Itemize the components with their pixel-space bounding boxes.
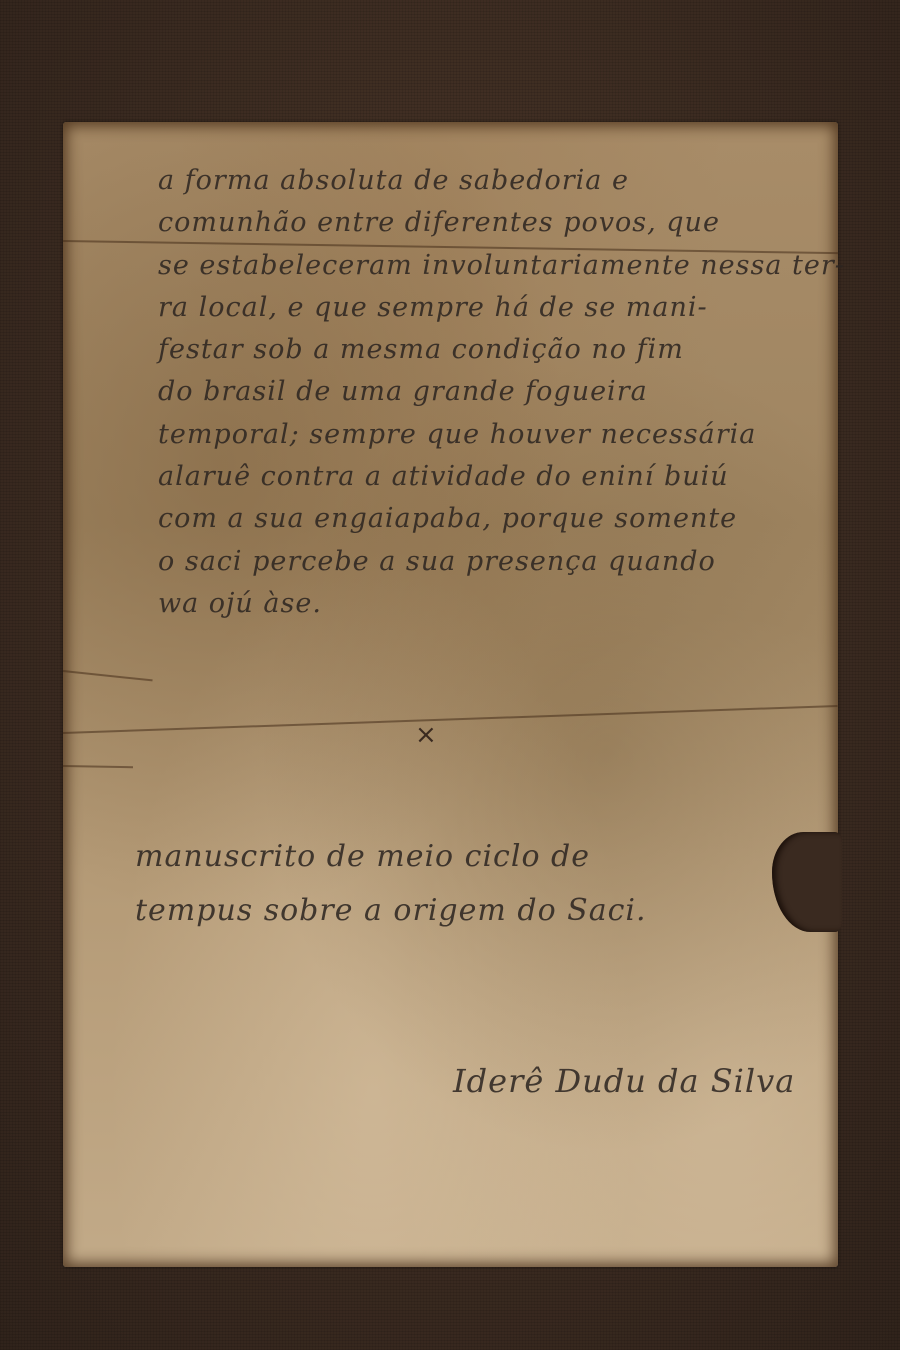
cross-mark-icon: × [415, 720, 437, 750]
text-line: festar sob a mesma condição no fim [158, 329, 818, 371]
text-line: do brasil de uma grande fogueira [158, 371, 818, 413]
text-line: se estabeleceram involuntariamente nessa… [158, 245, 818, 287]
text-line: ra local, e que sempre há de se mani- [158, 287, 818, 329]
text-line: com a sua engaiapaba, porque somente [158, 498, 818, 540]
text-line: comunhão entre diferentes povos, que [158, 202, 818, 244]
paper-crease [63, 705, 838, 734]
paper-crease [63, 670, 153, 681]
text-line: a forma absoluta de sabedoria e [158, 160, 818, 202]
colophon: manuscrito de meio ciclo de tempus sobre… [135, 830, 647, 938]
colophon-line: tempus sobre a origem do Saci. [135, 884, 647, 938]
manuscript-body: a forma absoluta de sabedoria e comunhão… [158, 160, 818, 625]
text-line: temporal; sempre que houver necessária [158, 414, 818, 456]
text-line: alaruê contra a atividade do eniní buiú [158, 456, 818, 498]
manuscript-page: a forma absoluta de sabedoria e comunhão… [63, 122, 838, 1267]
signature: Iderê Dudu da Silva [453, 1062, 795, 1100]
text-line: o saci percebe a sua presença quando [158, 541, 818, 583]
colophon-line: manuscrito de meio ciclo de [135, 830, 647, 884]
paper-crease [63, 765, 133, 768]
text-line: wa ojú àse. [158, 583, 818, 625]
